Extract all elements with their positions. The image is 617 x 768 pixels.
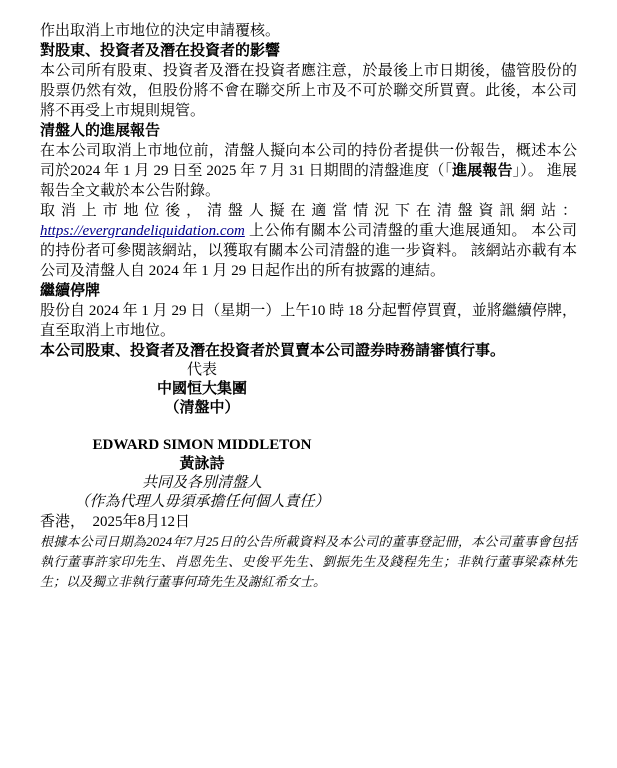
liquidation-website-link[interactable]: https://evergrandeliquidation.com — [40, 223, 245, 239]
section-heading-impact: 對股東、投資者及潛在投資者的影響 — [40, 41, 577, 61]
announcement-page: 作出取消上市地位的決定申請覆核。 對股東、投資者及潛在投資者的影響 本公司所有股… — [0, 0, 617, 768]
signatory-name-english: EDWARD SIMON MIDDLETON — [40, 436, 364, 455]
website-paragraph: 取消上市地位後，清盤人擬在適當情況下在清盤資訊網站：https://evergr… — [40, 201, 577, 281]
section-heading-suspension: 繼續停牌 — [40, 281, 577, 301]
signatory-title: 共同及各別清盤人 — [40, 474, 364, 493]
signature-company-name: 中國恒大集團 — [40, 380, 364, 399]
continuation-paragraph: 作出取消上市地位的決定申請覆核。 — [40, 21, 577, 41]
signatory-disclaimer: （作為代理人毋須承擔任何個人責任） — [40, 493, 364, 512]
signature-block: 代表 中國恒大集團 （清盤中） EDWARD SIMON MIDDLETON 黃… — [40, 361, 364, 512]
signature-on-behalf: 代表 — [40, 361, 364, 380]
impact-paragraph: 本公司所有股東、投資者及潛在投資者應注意，於最後上市日期後，儘管股份的股票仍然有… — [40, 61, 577, 121]
signature-company-status: （清盤中） — [40, 399, 364, 418]
section-heading-progress-report: 清盤人的進展報告 — [40, 121, 577, 141]
signature-spacer — [40, 418, 364, 436]
directors-note: 根據本公司日期為2024年7月25日的公告所載資料及本公司的董事登記冊，本公司董… — [40, 532, 577, 592]
website-text-before-link: 取消上市地位後，清盤人擬在適當情況下在清盤資訊網站： — [40, 203, 577, 219]
caution-statement: 本公司股東、投資者及潛在投資者於買賣本公司證券時務請審慎行事。 — [40, 341, 577, 361]
progress-report-term: 進展報告 — [452, 163, 512, 179]
signatory-name-chinese: 黃詠詩 — [40, 455, 364, 474]
progress-report-paragraph: 在本公司取消上市地位前，清盤人擬向本公司的持份者提供一份報告，概述本公司於202… — [40, 141, 577, 201]
place-and-date-line: 香港， 2025年8月12日 — [40, 512, 577, 532]
suspension-paragraph: 股份自 2024 年 1 月 29 日（星期一）上午10 時 18 分起暫停買賣… — [40, 301, 577, 341]
